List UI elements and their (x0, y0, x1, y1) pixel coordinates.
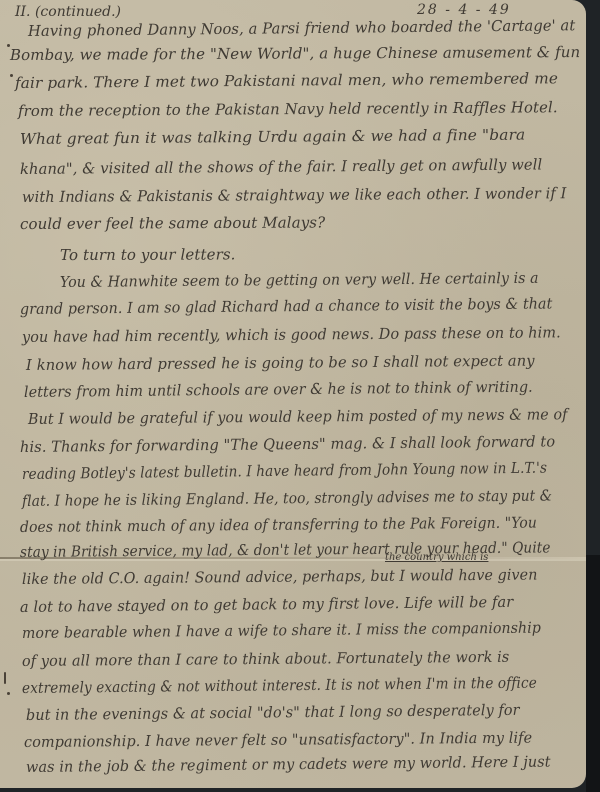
margin-mark (7, 44, 10, 47)
margin-mark (7, 692, 10, 695)
letter-line: I know how hard pressed he is going to b… (26, 352, 535, 374)
letter-line: fair park. There I met two Pakistani nav… (15, 69, 558, 92)
letter-line: a lot to have stayed on to get back to m… (20, 593, 513, 616)
letter-line: his. Thanks for forwarding "The Queens" … (20, 432, 555, 456)
letter-line: flat. I hope he is liking England. He, t… (22, 486, 552, 510)
letter-line: does not think much of any idea of trans… (20, 513, 537, 536)
letter-line: more bearable when I have a wife to shar… (22, 619, 541, 642)
letter-line: was in the job & the regiment or my cade… (26, 753, 551, 776)
letter-line: you have had him recently, which is good… (22, 323, 561, 346)
letter-line: but in the evenings & at social "do's" t… (26, 701, 520, 724)
letter-date: 28 - 4 - 49 (417, 2, 511, 18)
margin-mark (10, 74, 13, 77)
letter-line: letters from him until schools are over … (24, 378, 533, 401)
letter-line: To turn to your letters. (60, 245, 236, 264)
letter-line: grand person. I am so glad Richard had a… (20, 294, 553, 318)
interlinear-insertion: the country which is (385, 552, 488, 563)
scanned-letter: II. (continued.) 28 - 4 - 49 Having phon… (0, 0, 600, 792)
paper-sheet: II. (continued.) 28 - 4 - 49 Having phon… (0, 0, 586, 788)
letter-line: like the old C.O. again! Sound advice, p… (22, 566, 538, 588)
letter-body: II. (continued.) 28 - 4 - 49 Having phon… (0, 0, 586, 788)
section-label: II. (continued.) (15, 4, 121, 20)
letter-line: with Indians & Pakistanis & straightway … (22, 184, 567, 206)
letter-line: But I would be grateful if you would kee… (28, 405, 568, 428)
letter-line: You & Hanwhite seem to be getting on ver… (60, 269, 539, 291)
letter-line: What great fun it was talking Urdu again… (20, 126, 525, 148)
letter-line: could ever feel the same about Malays? (20, 213, 325, 233)
letter-line: reading Botley's latest bulletin. I have… (22, 459, 547, 483)
letter-line: Bombay, we made for the "New World", a h… (10, 43, 580, 64)
letter-line: from the reception to the Pakistan Navy … (18, 98, 558, 120)
letter-line: khana", & visited all the shows of the f… (20, 155, 542, 178)
margin-mark (4, 672, 6, 684)
letter-line: companionship. I have never felt so "uns… (24, 729, 532, 751)
letter-line: of you all more than I care to think abo… (22, 648, 509, 670)
scan-background-edge (586, 555, 600, 792)
letter-line: extremely exacting & not without interes… (22, 674, 537, 697)
